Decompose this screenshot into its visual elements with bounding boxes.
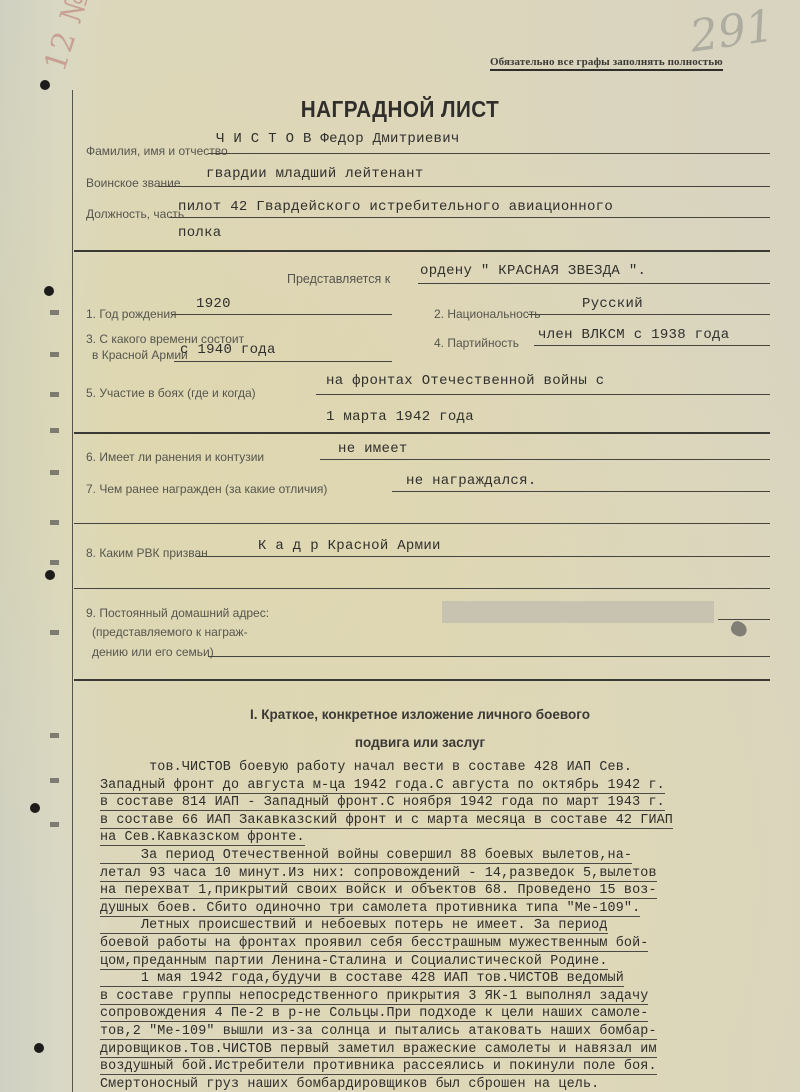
nationality-value: Русский: [582, 296, 643, 312]
party-label: 4. Партийность: [434, 336, 519, 350]
field-underline: [418, 283, 770, 284]
punch-hole-icon: [40, 80, 50, 90]
punch-hole-icon: [44, 286, 54, 296]
battles-value-line2: 1 марта 1942 года: [326, 409, 474, 425]
nomination-value: ордену " КРАСНАЯ ЗВЕЗДА ".: [420, 263, 646, 279]
wounds-value: не имеет: [338, 441, 408, 457]
margin-stamp-mark: [50, 778, 59, 783]
margin-stamp-mark: [50, 630, 59, 635]
narrative-line: сопровождения 4 Пе-2 в р-не Сольцы.При п…: [100, 1006, 648, 1022]
section-divider: [74, 679, 770, 681]
fill-all-fields-notice: Обязательно все графы заполнять полность…: [490, 56, 723, 71]
birth-year-value: 1920: [196, 296, 231, 312]
narrative-line: цом,преданным партии Ленина-Сталина и Со…: [100, 954, 608, 970]
margin-stamp-mark: [50, 560, 59, 565]
field-underline: [74, 523, 770, 524]
home-address-label: 9. Постоянный домашний адрес:: [86, 606, 269, 620]
narrative-line: За период Отечественной войны совершил 8…: [100, 848, 632, 864]
field-underline: [534, 345, 770, 346]
punch-hole-icon: [34, 1043, 44, 1053]
punch-hole-icon: [30, 803, 40, 813]
draft-office-label: 8. Каким РВК призван: [86, 546, 208, 560]
service-since-label-line2: в Красной Армии: [92, 348, 188, 362]
margin-stamp-mark: [50, 822, 59, 827]
field-underline: [196, 556, 770, 557]
battles-value: на фронтах Отечественной войны с: [326, 373, 604, 389]
narrative-line: Летных происшествий и небоевых потерь не…: [100, 918, 608, 934]
narrative-line: на перехват 1,прикрытий своих войск и об…: [100, 883, 657, 899]
full-name-value: Ч И С Т О В Федор Дмитриевич: [216, 131, 460, 147]
margin-stamp-mark: [50, 310, 59, 315]
narrative-line: в составе группы непосредственного прикр…: [100, 989, 648, 1005]
margin-stamp-mark: [50, 392, 59, 397]
field-underline: [208, 153, 770, 154]
narrative-line: летал 93 часа 10 минут.Из них: сопровожд…: [100, 866, 657, 882]
field-underline: [172, 314, 392, 315]
service-since-value: с 1940 года: [180, 342, 276, 358]
section-divider: [74, 432, 770, 434]
narrative-line: воздушный бой.Истребители противника рас…: [100, 1059, 657, 1075]
margin-stamp-mark: [50, 352, 59, 357]
field-underline: [208, 656, 770, 657]
narrative-line: на Сев.Кавказском фронте.: [100, 830, 305, 846]
narrative-line: в составе 814 ИАП - Западный фронт.С ноя…: [100, 795, 665, 811]
position-value-line2: полка: [178, 225, 222, 241]
rank-label: Воинское звание: [86, 176, 181, 190]
home-address-label-line2: (представляемого к награж-: [92, 625, 248, 639]
position-label: Должность, часть: [86, 207, 184, 221]
full-name-label: Фамилия, имя и отчество: [86, 144, 228, 158]
narrative-line: душных боев. Сбито одиночно три самолета…: [100, 901, 640, 917]
narrative-line: боевой работы на фронтах проявил себя бе…: [100, 936, 648, 952]
field-underline: [320, 459, 770, 460]
field-underline: [392, 491, 770, 492]
rank-value: гвардии младший лейтенант: [206, 166, 424, 182]
field-underline: [158, 186, 770, 187]
section-title: I. Краткое, конкретное изложение личного…: [0, 707, 800, 722]
field-underline: [718, 619, 770, 620]
nationality-label: 2. Национальность: [434, 307, 541, 321]
position-value: пилот 42 Гвардейского истребительного ав…: [178, 199, 613, 215]
home-address-label-line3: дению или его семьи): [92, 645, 214, 659]
field-underline: [174, 361, 392, 362]
redacted-address: [442, 601, 714, 623]
draft-office-value: К а д р Красной Армии: [258, 538, 441, 554]
narrative-line: тов.ЧИСТОВ боевую работу начал вести в с…: [100, 760, 632, 775]
narrative-line: 1 мая 1942 года,будучи в составе 428 ИАП…: [100, 971, 624, 987]
previous-awards-label: 7. Чем ранее награжден (за какие отличия…: [86, 482, 327, 496]
previous-awards-value: не награждался.: [406, 473, 537, 489]
nomination-label: Представляется к: [287, 272, 390, 286]
section-title-line2: подвига или заслуг: [0, 735, 800, 750]
narrative-line: Западный фронт до августа м-ца 1942 года…: [100, 778, 665, 794]
field-underline: [170, 217, 770, 218]
margin-line: [72, 90, 73, 1092]
punch-hole-icon: [45, 570, 55, 580]
wounds-label: 6. Имеет ли ранения и контузии: [86, 450, 264, 464]
party-value: член ВЛКСМ с 1938 года: [538, 327, 729, 343]
narrative-line: в составе 66 ИАП Закавказский фронт и с …: [100, 813, 673, 829]
margin-stamp-mark: [50, 470, 59, 475]
field-underline: [74, 588, 770, 589]
narrative-line: дировщиков.Тов.ЧИСТОВ первый заметил вра…: [100, 1042, 657, 1058]
narrative-line: Смертоносный груз наших бомбардировщиков…: [100, 1077, 599, 1092]
battles-label: 5. Участие в боях (где и когда): [86, 386, 256, 400]
birth-year-label: 1. Год рождения: [86, 307, 177, 321]
field-underline: [316, 394, 770, 395]
narrative-line: тов,2 "Ме-109" вышли из-за солнца и пыта…: [100, 1024, 657, 1040]
margin-stamp-mark: [50, 520, 59, 525]
margin-stamp-mark: [50, 428, 59, 433]
section-divider: [74, 250, 770, 252]
document-title: НАГРАДНОЙ ЛИСТ: [40, 96, 760, 123]
field-underline: [528, 314, 770, 315]
